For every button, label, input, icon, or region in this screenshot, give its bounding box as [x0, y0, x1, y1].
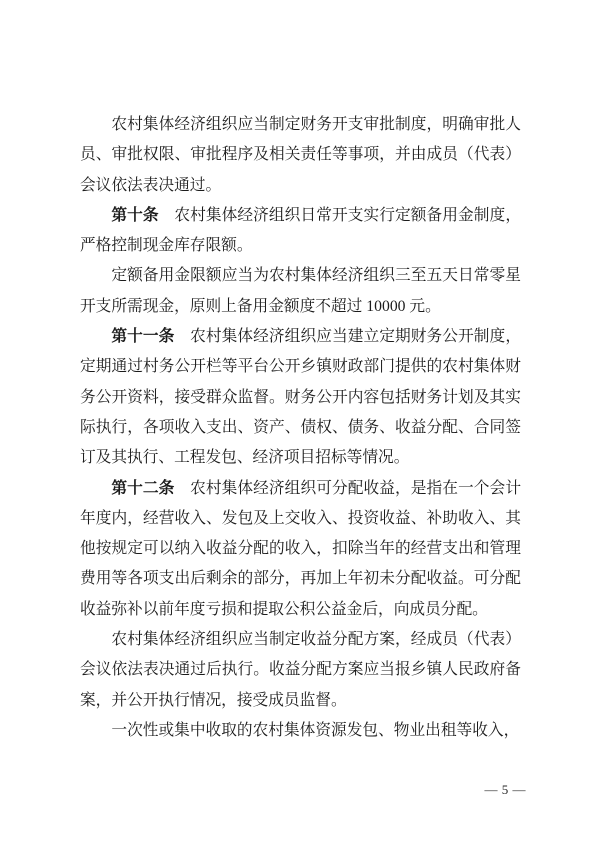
document-page: 农村集体经济组织应当制定财务开支审批制度，明确审批人员、审批权限、审批程序及相关…	[0, 0, 600, 848]
paragraph: 一次性或集中收取的农村集体资源发包、物业出租等收入，	[80, 716, 521, 746]
paragraph: 农村集体经济组织应当制定收益分配方案，经成员（代表）会议依法表决通过后执行。收益…	[80, 625, 521, 716]
article-number: 第十条	[111, 207, 158, 224]
page-number: — 5 —	[485, 782, 527, 798]
paragraph: 第十二条农村集体经济组织可分配收益，是指在一个会计年度内，经营收入、发包及上交收…	[80, 474, 521, 625]
paragraph-text: 农村集体经济组织应当制定收益分配方案，经成员（代表）会议依法表决通过后执行。收益…	[80, 631, 521, 709]
text-block: 农村集体经济组织应当制定财务开支审批制度，明确审批人员、审批权限、审批程序及相关…	[80, 110, 521, 746]
paragraph-text: 一次性或集中收取的农村集体资源发包、物业出租等收入，	[111, 722, 519, 739]
paragraph-text: 定额备用金限额应当为农村集体经济组织三至五天日常零星开支所需现金，原则上备用金额…	[80, 267, 521, 314]
paragraph: 农村集体经济组织应当制定财务开支审批制度，明确审批人员、审批权限、审批程序及相关…	[80, 110, 521, 201]
paragraph: 第十条农村集体经济组织日常开支实行定额备用金制度，严格控制现金库存限额。	[80, 201, 521, 262]
article-number: 第十二条	[111, 480, 174, 497]
paragraph-text: 农村集体经济组织应当建立定期财务公开制度，定期通过村务公开栏等平台公开乡镇财政部…	[80, 328, 521, 466]
paragraph-text: 农村集体经济组织应当制定财务开支审批制度，明确审批人员、审批权限、审批程序及相关…	[80, 116, 521, 194]
paragraph: 第十一条农村集体经济组织应当建立定期财务公开制度，定期通过村务公开栏等平台公开乡…	[80, 322, 521, 473]
article-number: 第十一条	[111, 328, 174, 345]
paragraph: 定额备用金限额应当为农村集体经济组织三至五天日常零星开支所需现金，原则上备用金额…	[80, 261, 521, 322]
paragraph-text: 农村集体经济组织可分配收益，是指在一个会计年度内，经营收入、发包及上交收入、投资…	[80, 480, 521, 618]
